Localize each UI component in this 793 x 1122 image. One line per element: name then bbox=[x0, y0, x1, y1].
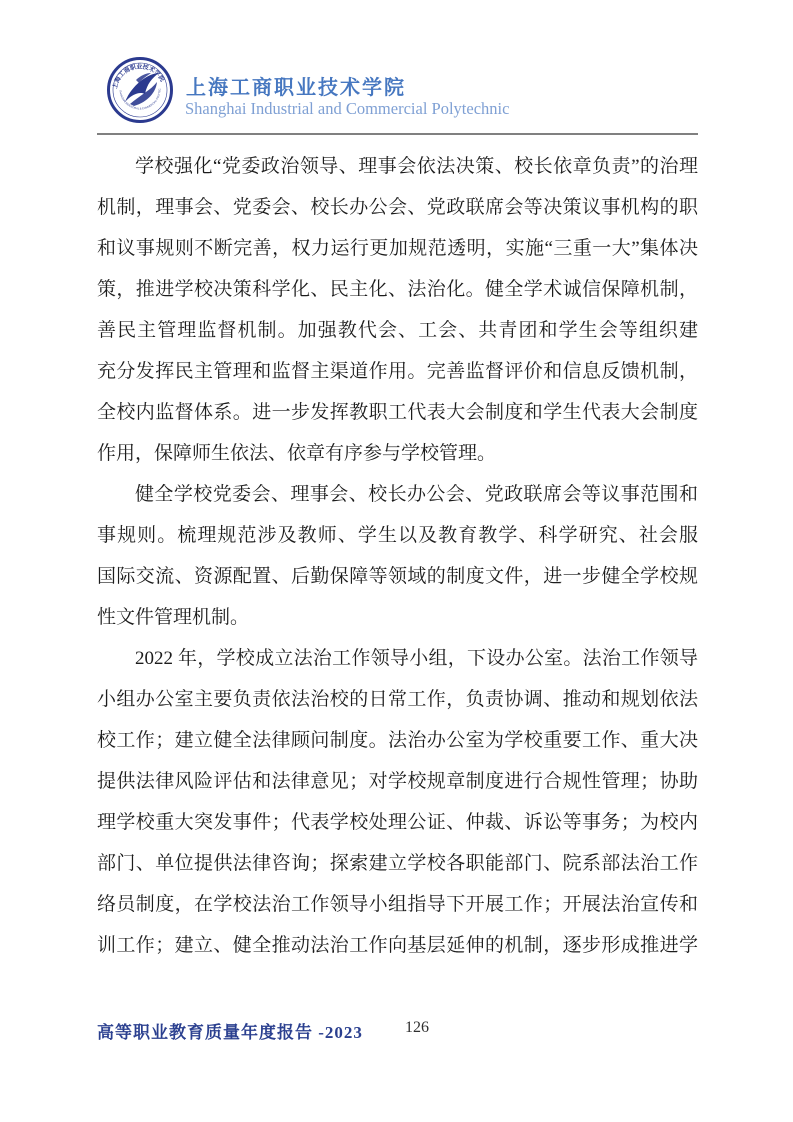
body-text-line: 络员制度，在学校法治工作领导小组指导下开展工作；开展法治宣传和培 bbox=[97, 884, 698, 925]
document-body: 学校强化“党委政治领导、理事会依法决策、校长依章负责”的治理 机制，理事会、党委… bbox=[97, 146, 698, 966]
body-text-line: 策，推进学校决策科学化、民主化、法治化。健全学术诚信保障机制，完 bbox=[97, 269, 698, 310]
page-number: 126 bbox=[405, 1019, 429, 1037]
body-text-line: 理学校重大突发事件；代表学校处理公证、仲裁、诉讼等事务；为校内各 bbox=[97, 802, 698, 843]
body-text-line: 部门、单位提供法律咨询；探索建立学校各职能部门、院系部法治工作联 bbox=[97, 843, 698, 884]
body-text-line: 机制，理事会、党委会、校长办公会、党政联席会等决策议事机构的职权 bbox=[97, 187, 698, 228]
body-text-line: 和议事规则不断完善，权力运行更加规范透明，实施“三重一大”集体决 bbox=[97, 228, 698, 269]
body-text-line: 校工作；建立健全法律顾问制度。法治办公室为学校重要工作、重大决策 bbox=[97, 720, 698, 761]
body-text-line: 事规则。梳理规范涉及教师、学生以及教育教学、科学研究、社会服务、 bbox=[97, 515, 698, 556]
report-title: 高等职业教育质量年度报告 -2023 bbox=[97, 1018, 363, 1043]
body-text-line: 全校内监督体系。进一步发挥教职工代表大会制度和学生代表大会制度的 bbox=[97, 392, 698, 433]
body-text-line: 国际交流、资源配置、后勤保障等领域的制度文件，进一步健全学校规范 bbox=[97, 556, 698, 597]
body-text-line: 小组办公室主要负责依法治校的日常工作，负责协调、推动和规划依法治 bbox=[97, 679, 698, 720]
body-text-line: 作用，保障师生依法、依章有序参与学校管理。 bbox=[97, 433, 698, 474]
body-text-line: 充分发挥民主管理和监督主渠道作用。完善监督评价和信息反馈机制，健 bbox=[97, 351, 698, 392]
school-emblem-icon: 上海工商职业技术学院 SHANGHAI INDUSTRIAL & COMMERC… bbox=[106, 56, 174, 124]
body-text-line: 善民主管理监督机制。加强教代会、工会、共青团和学生会等组织建设， bbox=[97, 310, 698, 351]
body-text-line: 健全学校党委会、理事会、校长办公会、党政联席会等议事范围和议 bbox=[97, 474, 698, 515]
school-name-english: Shanghai Industrial and Commercial Polyt… bbox=[185, 99, 509, 119]
body-text-line: 学校强化“党委政治领导、理事会依法决策、校长依章负责”的治理 bbox=[97, 146, 698, 187]
header-divider bbox=[97, 133, 698, 135]
body-text-line: 训工作；建立、健全推动法治工作向基层延伸的机制，逐步形成推进学校 bbox=[97, 925, 698, 966]
school-name-chinese: 上海工商职业技术学院 bbox=[186, 71, 406, 100]
body-text-line: 2022 年，学校成立法治工作领导小组，下设办公室。法治工作领导 bbox=[97, 638, 698, 679]
body-text-line: 性文件管理机制。 bbox=[97, 597, 698, 638]
document-page: 上海工商职业技术学院 SHANGHAI INDUSTRIAL & COMMERC… bbox=[0, 0, 793, 1122]
body-text-line: 提供法律风险评估和法律意见；对学校规章制度进行合规性管理；协助处 bbox=[97, 761, 698, 802]
